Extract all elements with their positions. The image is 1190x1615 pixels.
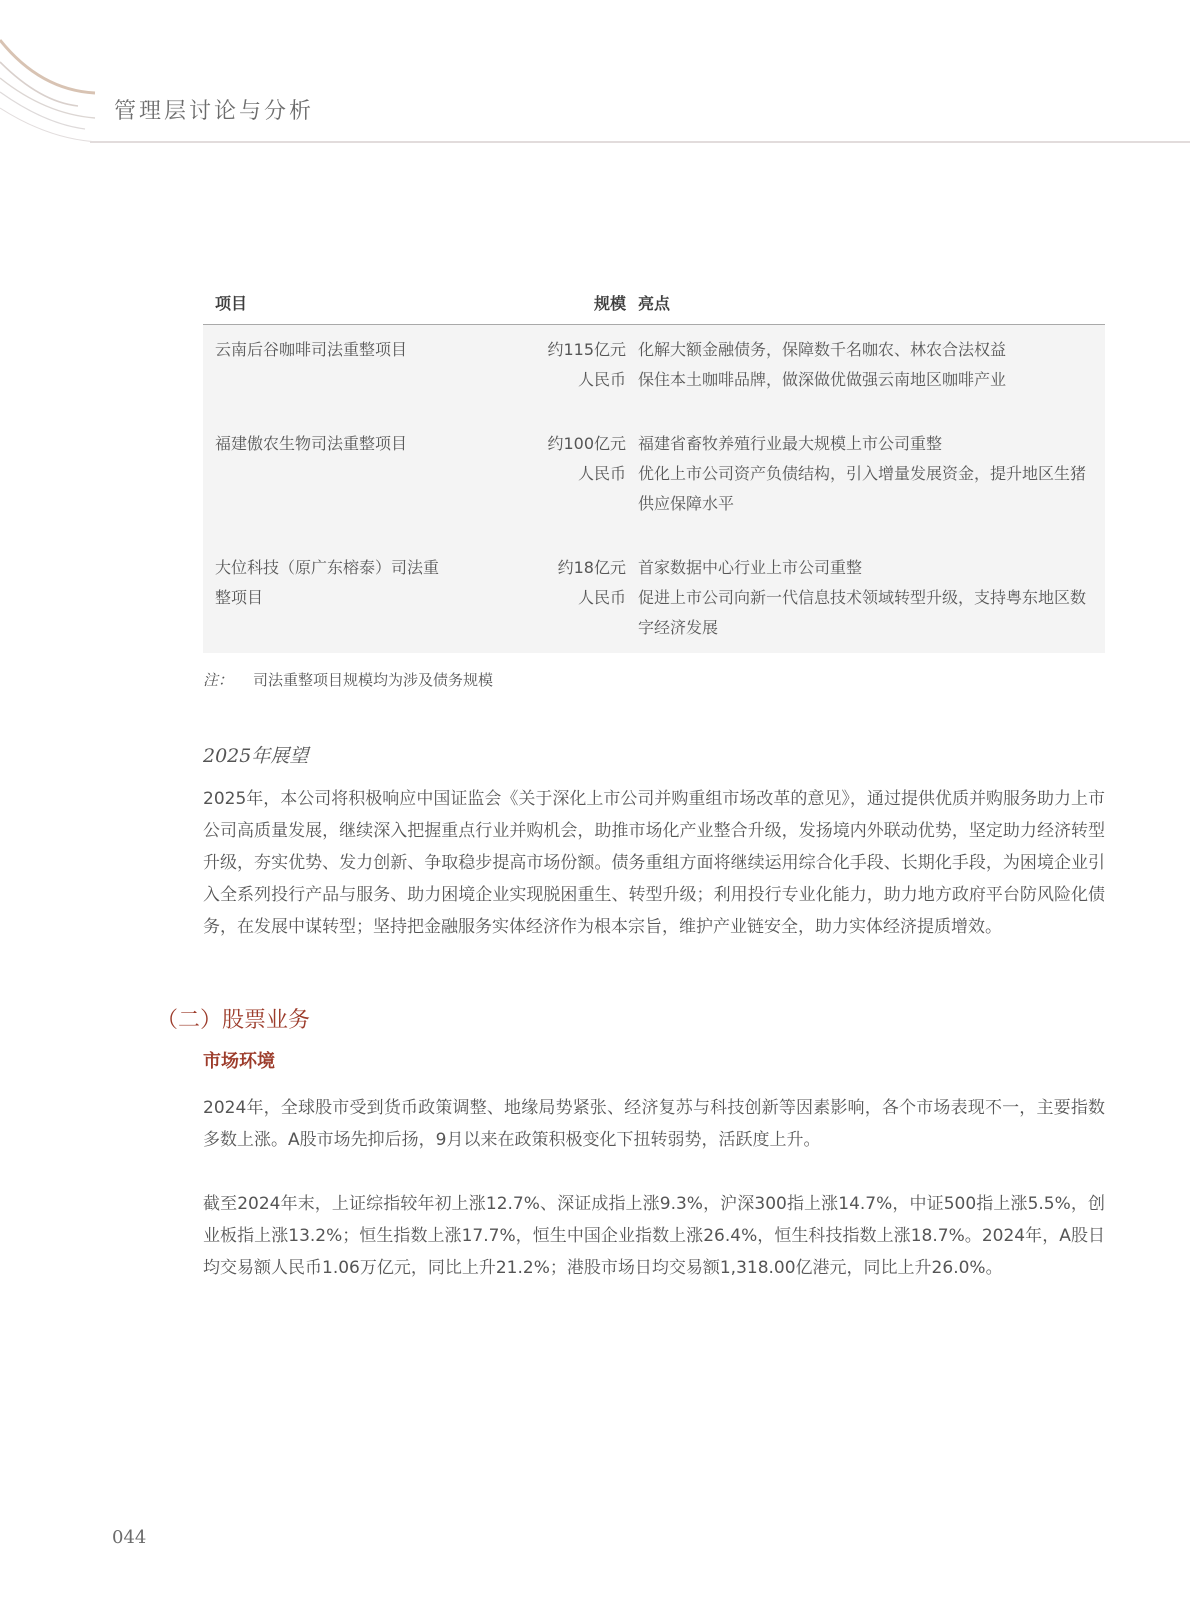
project-name: 大位科技（原广东榕泰）司法重整项目 bbox=[203, 553, 445, 643]
scale-currency: 人民币 bbox=[485, 459, 626, 489]
highlight-line: 首家数据中心行业上市公司重整 bbox=[638, 553, 1097, 583]
project-highlights: 首家数据中心行业上市公司重整 促进上市公司向新一代信息技术领域转型升级，支持粤东… bbox=[626, 553, 1105, 643]
section-heading: （二）股票业务 bbox=[156, 1003, 310, 1034]
scale-amount: 约18亿元 bbox=[485, 553, 626, 583]
table-row: 福建傲农生物司法重整项目 约100亿元 人民币 福建省畜牧养殖行业最大规模上市公… bbox=[203, 425, 1105, 519]
footnote-label: 注： bbox=[203, 671, 233, 689]
project-name: 福建傲农生物司法重整项目 bbox=[203, 429, 485, 519]
column-header-project: 项目 bbox=[203, 284, 485, 324]
highlight-line: 保住本土咖啡品牌，做深做优做强云南地区咖啡产业 bbox=[638, 365, 1097, 395]
project-name: 云南后谷咖啡司法重整项目 bbox=[203, 335, 485, 395]
scale-amount: 约115亿元 bbox=[485, 335, 626, 365]
market-paragraph-1: 2024年，全球股市受到货币政策调整、地缘局势紧张、经济复苏与科技创新等因素影响… bbox=[203, 1092, 1105, 1156]
highlight-line: 优化上市公司资产负债结构，引入增量发展资金，提升地区生猪供应保障水平 bbox=[638, 459, 1097, 519]
project-scale: 约100亿元 人民币 bbox=[485, 429, 626, 519]
outlook-paragraph: 2025年，本公司将积极响应中国证监会《关于深化上市公司并购重组市场改革的意见》… bbox=[203, 783, 1105, 943]
subsection-heading: 市场环境 bbox=[203, 1047, 275, 1073]
scale-currency: 人民币 bbox=[485, 583, 626, 613]
table-footnote: 注：司法重整项目规模均为涉及债务规模 bbox=[203, 669, 493, 690]
table-row: 大位科技（原广东榕泰）司法重整项目 约18亿元 人民币 首家数据中心行业上市公司… bbox=[203, 549, 1105, 643]
header-divider bbox=[90, 141, 1190, 143]
column-header-highlights: 亮点 bbox=[626, 284, 1105, 324]
scale-currency: 人民币 bbox=[485, 365, 626, 395]
market-paragraph-2: 截至2024年末，上证综指较年初上涨12.7%、深证成指上涨9.3%，沪深300… bbox=[203, 1188, 1105, 1284]
page-number: 044 bbox=[112, 1527, 146, 1548]
project-highlights: 福建省畜牧养殖行业最大规模上市公司重整 优化上市公司资产负债结构，引入增量发展资… bbox=[626, 429, 1105, 519]
highlight-line: 化解大额金融债务，保障数千名咖农、林农合法权益 bbox=[638, 335, 1097, 365]
page-section-title: 管理层讨论与分析 bbox=[114, 94, 314, 125]
table-row: 云南后谷咖啡司法重整项目 约115亿元 人民币 化解大额金融债务，保障数千名咖农… bbox=[203, 331, 1105, 395]
table-body: 云南后谷咖啡司法重整项目 约115亿元 人民币 化解大额金融债务，保障数千名咖农… bbox=[203, 325, 1105, 653]
project-highlights: 化解大额金融债务，保障数千名咖农、林农合法权益 保住本土咖啡品牌，做深做优做强云… bbox=[626, 335, 1105, 395]
project-scale: 约18亿元 人民币 bbox=[485, 553, 626, 643]
column-header-scale: 规模 bbox=[485, 284, 626, 324]
footnote-text: 司法重整项目规模均为涉及债务规模 bbox=[253, 671, 493, 689]
outlook-heading: 2025年展望 bbox=[203, 741, 308, 768]
project-scale: 约115亿元 人民币 bbox=[485, 335, 626, 395]
scale-amount: 约100亿元 bbox=[485, 429, 626, 459]
restructuring-projects-table: 项目 规模 亮点 云南后谷咖啡司法重整项目 约115亿元 人民币 化解大额金融债… bbox=[203, 284, 1105, 653]
table-header: 项目 规模 亮点 bbox=[203, 284, 1105, 325]
highlight-line: 促进上市公司向新一代信息技术领域转型升级，支持粤东地区数字经济发展 bbox=[638, 583, 1097, 643]
decorative-arcs-icon bbox=[0, 0, 300, 150]
highlight-line: 福建省畜牧养殖行业最大规模上市公司重整 bbox=[638, 429, 1097, 459]
